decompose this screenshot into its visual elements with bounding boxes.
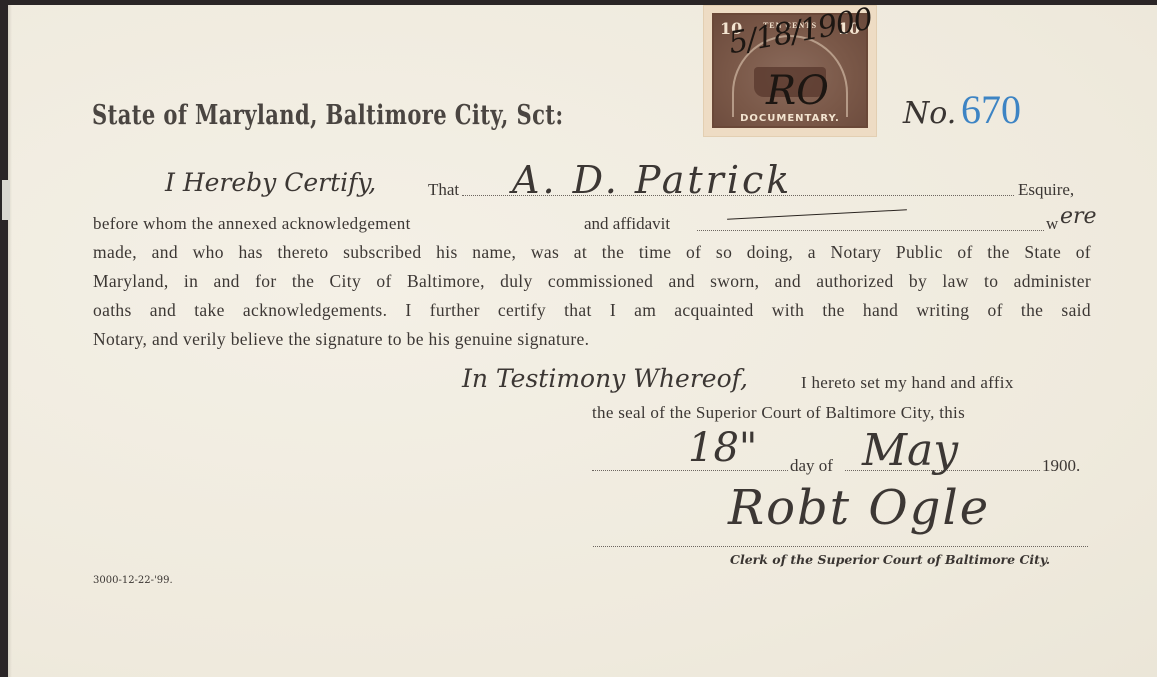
affidavit-label: and affidavit bbox=[584, 214, 670, 234]
year-label: 1900. bbox=[1042, 456, 1080, 476]
testimony-intro: In Testimony Whereof, bbox=[462, 364, 748, 393]
signature-dotted-line bbox=[593, 546, 1088, 547]
testimony-line-2: the seal of the Superior Court of Baltim… bbox=[592, 403, 965, 423]
certify-intro: I Hereby Certify, bbox=[165, 168, 376, 197]
revenue-stamp: 10 TEN CENTS 10 DOCUMENTARY. 5/18/1900 R… bbox=[704, 6, 876, 136]
acknowledgement-text: before whom the annexed acknowledgement bbox=[93, 214, 411, 234]
clerk-title: Clerk of the Superior Court of Baltimore… bbox=[730, 552, 1050, 567]
stamp-cancel-initials: RO bbox=[766, 68, 829, 114]
body-line-2: Maryland, in and for the City of Baltimo… bbox=[93, 271, 1091, 292]
day-handwritten: 18" bbox=[688, 425, 757, 471]
stamp-bottom-text: DOCUMENTARY. bbox=[714, 113, 866, 124]
month-handwritten: May bbox=[862, 425, 958, 476]
day-of-label: day of bbox=[790, 456, 833, 476]
page-edge-shadow bbox=[8, 5, 12, 677]
number-label: No. bbox=[903, 96, 956, 131]
esquire-label: Esquire, bbox=[1018, 180, 1074, 200]
body-line-4: Notary, and verily believe the signature… bbox=[93, 329, 589, 350]
notary-name-handwritten: A. D. Patrick bbox=[512, 158, 792, 202]
document-title: State of Maryland, Baltimore City, Sct: bbox=[92, 100, 564, 131]
paper-tab bbox=[2, 180, 10, 220]
were-printed-w: w bbox=[1046, 214, 1058, 234]
testimony-line-1: I hereto set my hand and affix bbox=[801, 373, 1014, 393]
body-line-1: made, and who has thereto subscribed his… bbox=[93, 242, 1091, 263]
affidavit-dotted-line bbox=[697, 230, 1044, 231]
that-label: That bbox=[428, 180, 459, 200]
were-handwritten: ere bbox=[1060, 204, 1097, 229]
body-line-3: oaths and take acknowledgements. I furth… bbox=[93, 300, 1091, 321]
document-number: 670 bbox=[961, 86, 1021, 133]
form-code: 3000-12-22-'99. bbox=[93, 575, 173, 586]
clerk-signature: Robt Ogle bbox=[728, 480, 990, 536]
